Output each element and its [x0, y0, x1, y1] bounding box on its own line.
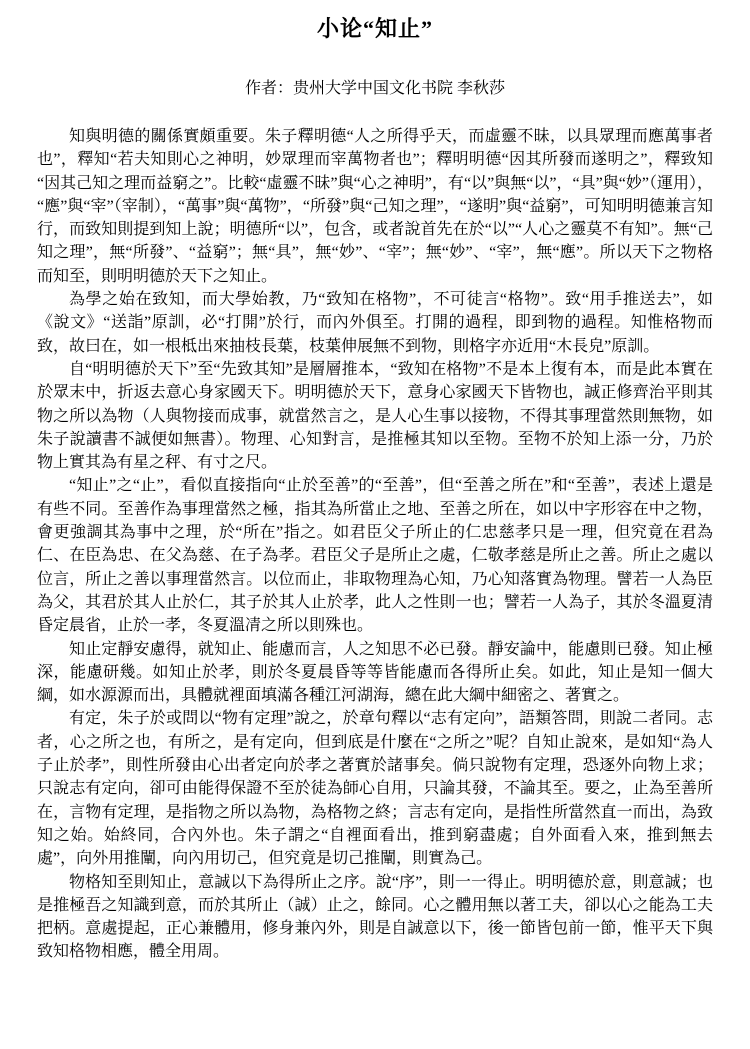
- author-line: 作者：贵州大学中国文化书院 李秋莎: [37, 77, 713, 100]
- paragraph: 知與明德的關係實頗重要。朱子釋明德“人之所得乎天，而虛靈不昧，以具眾理而應萬事者…: [37, 125, 713, 288]
- paragraph: 知止定靜安慮得，就知止、能慮而言，人之知思不必已發。靜安論中，能慮則已發。知止極…: [37, 638, 713, 708]
- paragraph: 為學之始在致知，而大學始教，乃“致知在格物”，不可徒言“格物”。致“用手推送去”…: [37, 288, 713, 358]
- paragraph: 自“明明德於天下”至“先致其知”是層層推本，“致知在格物”不是本上復有本，而是此…: [37, 358, 713, 474]
- paragraph: “知止”之“止”，看似直接指向“止於至善”的“至善”，但“至善之所在”和“至善”…: [37, 474, 713, 637]
- document-title: 小论“知止”: [37, 14, 713, 44]
- paragraph: 有定，朱子於或問以“物有定理”說之，於章句釋以“志有定向”，語類答問，則說二者同…: [37, 707, 713, 870]
- document-page: 小论“知止” 作者：贵州大学中国文化书院 李秋莎 知與明德的關係實頗重要。朱子釋…: [0, 0, 750, 1049]
- paragraph: 物格知至則知止，意誠以下為得所止之序。說“序”，則一一得止。明明德於意，則意誠；…: [37, 871, 713, 964]
- article-body: 知與明德的關係實頗重要。朱子釋明德“人之所得乎天，而虛靈不昧，以具眾理而應萬事者…: [37, 125, 713, 964]
